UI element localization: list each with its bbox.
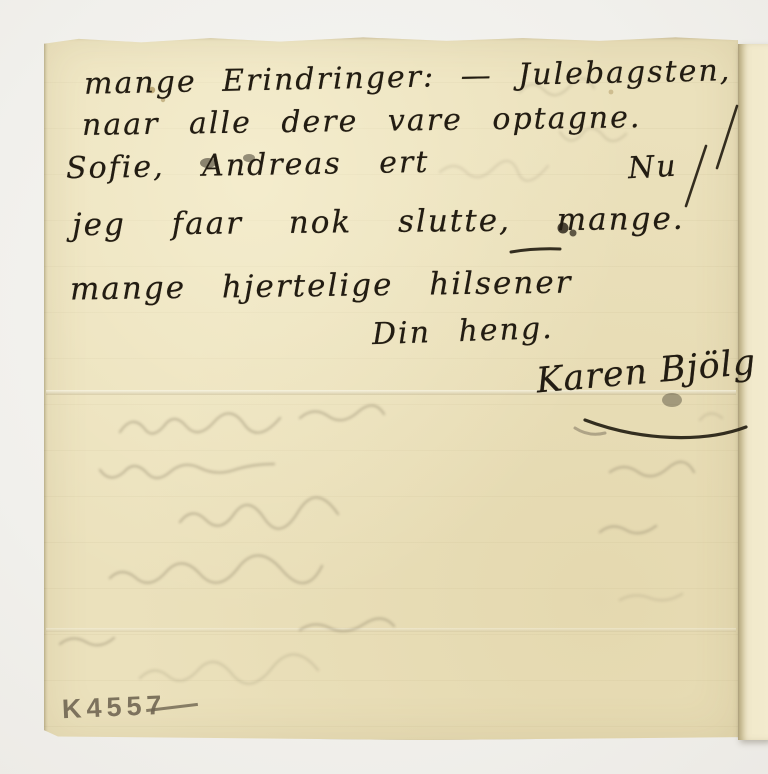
scan-background: mange Erindringer: — Julebagsten, naar a… [0, 0, 768, 774]
handwriting-line-5: mange hjertelige hilsener [70, 264, 573, 307]
closing-line: Din heng. [371, 311, 554, 352]
paper-fold-strip [738, 44, 768, 740]
handwriting-word-nu: Nu [627, 149, 678, 187]
handwriting-line-3: Sofie, Andreas ert [66, 145, 430, 186]
handwriting-line-4: jeg faar nok slutte, mange. [72, 201, 685, 243]
